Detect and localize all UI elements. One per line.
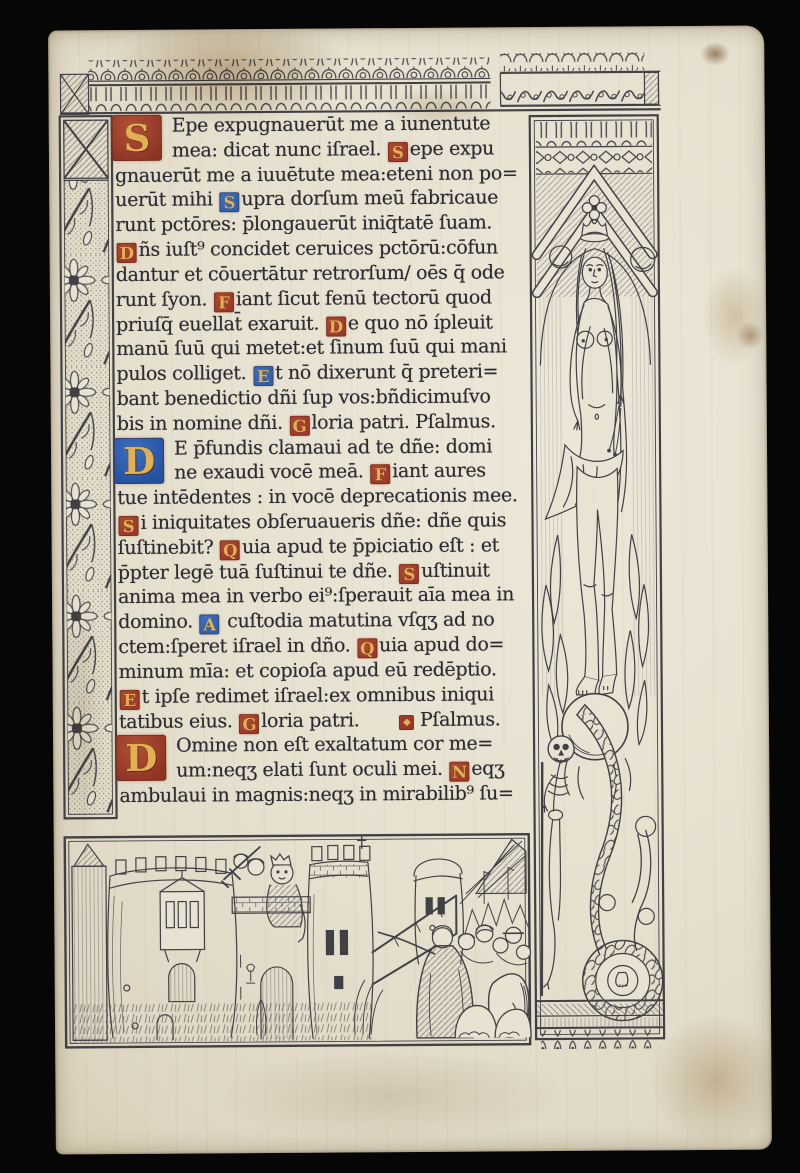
line-text: e quo nō ípleuit [348, 311, 493, 334]
illuminated-initial: D [326, 316, 346, 336]
illuminated-initial: F [214, 292, 234, 312]
line-text: E p̄fundis clamaui ad te dñe: domi [174, 435, 492, 459]
text-line: um:neqʒ elati ſunt oculi mei. Neqʒ [119, 756, 531, 784]
line-text: tatibus eius. [119, 710, 239, 733]
line-text: iant aures [392, 460, 486, 483]
line-text: gnauerūt me a iuuētute mea:eteni non po= [115, 162, 518, 187]
illuminated-initial: G [289, 415, 309, 435]
photo-background: { "artifact": { "title_label": "Book of … [0, 0, 800, 1173]
text-line: runt ſyon. Fiant ſicut fenū tectorū quod [116, 285, 528, 313]
text-line: tue intēdentes : in vocē deprecationis m… [117, 483, 529, 511]
line-text: p̄pter legē tuā ſuſtinui te dñe. [118, 560, 399, 584]
line-text: eqʒ [471, 757, 504, 779]
text-line: ne exaudi vocē meā. Fiant aures [117, 459, 529, 487]
illuminated-initial: Q [220, 540, 240, 560]
line-text: domino. [118, 611, 198, 634]
text-line: uerūt mihi Supra dorſum meū fabricaue [115, 186, 527, 214]
illuminated-initial: N [449, 762, 469, 782]
text-line: ambulaui in magnis:neqʒ in mirabilib⁹ ſu… [119, 781, 531, 809]
text-line: SEpe expugnauerūt me a iunentute [115, 111, 527, 139]
line-text: anima mea in verbo ei⁹:ſperauit aīa mea … [118, 584, 514, 609]
line-text: tue intēdentes : in vocē deprecationis m… [117, 484, 517, 509]
text-line: pulos colliget. Et nō dixerunt q̄ preter… [116, 359, 528, 387]
line-text: ñs iuſt⁹ concidet ceruices pctōrū:cōfun [139, 236, 498, 261]
text-line: dantur et cōuertātur retrorſum/ oēs q̄ o… [116, 260, 528, 288]
illuminated-initial: E [120, 690, 140, 710]
text-line: ſuſtinebit? Quia apud te p̄piciatio eſt … [118, 533, 530, 561]
text-line: minum mīa: et copioſa apud eū redēptio. [118, 657, 530, 685]
psalm-text-block: SEpe expugnauerūt me a iunentutemea: dic… [115, 111, 532, 809]
line-text: uia apud te p̄piciatio eſt : et [242, 534, 499, 558]
right-border-figure-panel [530, 115, 665, 1049]
text-line: p̄pter legē tuā ſuſtinui te dñe. Suſtinu… [118, 558, 530, 586]
text-line: bis in nomine dñi. Gloria patri. Pſalmus… [117, 409, 529, 437]
line-text: dantur et cōuertātur retrorſum/ oēs q̄ o… [116, 261, 505, 286]
text-line: DE p̄fundis clamaui ad te dñe: domi [117, 434, 529, 462]
top-border-frieze [60, 52, 660, 114]
line-text: ctem:ſperet iſrael in dño. [118, 634, 356, 658]
text-line: priuſq̄ euellat̄ exaruit. De quo nō íple… [116, 310, 528, 338]
text-line: mea: dicat nunc iſrael. Sepe expu [115, 136, 527, 164]
left-border-floral [60, 116, 117, 818]
text-line: ctem:ſperet iſrael in dño. Quia apud do= [118, 632, 530, 660]
line-text: Pſalmus. [414, 708, 500, 731]
line-text: loria patri. [261, 709, 399, 732]
line-text: iant ſicut fenū tectorū quod [236, 286, 492, 310]
line-text: upra dorſum meū fabricaue [241, 187, 498, 211]
illuminated-initial: G [239, 714, 259, 734]
line-text: bant benedictio dñi ſup vos:bñdicimuſvo [117, 385, 491, 410]
text-line: domino. A cuſtodia matutina vſqʒ ad no [118, 607, 530, 635]
illuminated-initial: F [370, 465, 390, 485]
line-text: ſuſtinebit? [118, 536, 220, 559]
line-text: Epe expugnauerūt me a iunentute [172, 112, 491, 136]
text-line: Dñs iuſt⁹ concidet ceruices pctōrū:cōfun [116, 235, 528, 263]
line-text: cuſtodia matutina vſqʒ ad no [221, 609, 494, 633]
line-text: ambulaui in magnis:neqʒ in mirabilib⁹ ſu… [119, 782, 513, 807]
bottom-city-scene-panel [65, 834, 531, 1047]
text-line: runt pctōres: p̄longauerūt iniq̄tatē ſua… [115, 210, 527, 238]
text-line: bant benedictio dñi ſup vos:bñdicimuſvo [117, 384, 529, 412]
line-text: runt ſyon. [116, 288, 213, 311]
line-text: uia apud do= [379, 633, 504, 656]
text-line: DOmine non eſt exaltatum cor me= [119, 731, 531, 759]
illuminated-initial: E [253, 366, 273, 386]
text-line: manū ſuū qui metet:et ſinum ſuū qui mani [116, 334, 528, 362]
line-text: um:neqʒ elati ſunt oculi mei. [176, 758, 448, 782]
line-text: Omine non eſt exaltatum cor me= [176, 733, 493, 757]
line-text: minum mīa: et copioſa apud eū redēptio. [118, 658, 496, 683]
illuminated-initial: S [388, 142, 408, 162]
line-text: uſtinuit [421, 559, 490, 581]
illuminated-initial: D [117, 243, 137, 263]
line-text: t nō dixerunt q̄ preteri= [275, 361, 498, 385]
line-text: priuſq̄ euellat̄ exaruit. [116, 312, 325, 335]
line-text: mea: dicat nunc iſrael. [172, 138, 387, 161]
text-line: gnauerūt me a iuuētute mea:eteni non po= [115, 161, 527, 189]
text-line: tatibus eius. Gloria patri. ◆ Pſalmus. [119, 707, 531, 735]
illuminated-initial: S [399, 564, 419, 584]
line-text: epe expu [410, 137, 494, 160]
line-text: pulos colliget. [116, 362, 252, 385]
line-text: ne exaudi vocē meā. [174, 461, 369, 484]
line-text: runt pctōres: p̄longauerūt iniq̄tatē ſua… [115, 212, 492, 237]
line-text: uerūt mihi [115, 189, 218, 212]
illuminated-initial: S [118, 516, 138, 536]
line-text: loria patri. Pſalmus. [311, 410, 495, 433]
text-line: Et ipſe redimet iſrael:ex omnibus iniqui [119, 682, 531, 710]
illuminated-initial: S [219, 193, 239, 213]
line-text: manū ſuū qui metet:et ſinum ſuū qui mani [116, 336, 507, 361]
illuminated-initial: A [199, 615, 219, 635]
line-text: i iniquitates obſeruaueris dñe: dñe quis [140, 509, 506, 534]
line-text: t ipſe redimet iſrael:ex omnibus iniqui [142, 683, 494, 707]
parchment-leaf: SEpe expugnauerūt me a iunentutemea: dic… [48, 26, 772, 1155]
line-text: bis in nomine dñi. [117, 412, 289, 435]
text-line: anima mea in verbo ei⁹:ſperauit aīa mea … [118, 583, 530, 611]
illuminated-initial: Q [357, 638, 377, 658]
text-line: Si iniquitates obſeruaueris dñe: dñe qui… [117, 508, 529, 536]
paragraph-mark: ◆ [399, 714, 414, 729]
